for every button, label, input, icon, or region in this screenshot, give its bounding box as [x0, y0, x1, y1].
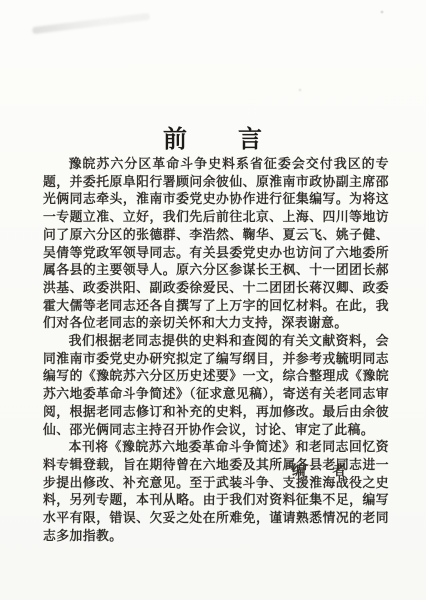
- page-title: 前 言: [0, 119, 426, 154]
- scanned-preface-page: 前 言 豫皖苏六分区革命斗争史料系省征委会交付我区的专题，并委托原阜阳行署顾问余…: [0, 0, 426, 600]
- editor-signature: 编 者: [292, 459, 346, 479]
- paragraph-1: 豫皖苏六分区革命斗争史料系省征委会交付我区的专题，并委托原阜阳行署顾问余彼仙、原…: [43, 156, 389, 333]
- watermark-smudge: [32, 13, 150, 34]
- paragraph-3: 本刊将《豫皖苏六地委革命斗争简述》和老同志回忆资料专辑登载，旨在期待曾在六地委及…: [43, 439, 389, 545]
- preface-body: 豫皖苏六分区革命斗争史料系省征委会交付我区的专题，并委托原阜阳行署顾问余彼仙、原…: [43, 156, 389, 545]
- paragraph-2: 我们根据老同志提供的史料和查阅的有关文献资料，会同淮南市委党史办研究拟定了编写纲…: [43, 333, 389, 439]
